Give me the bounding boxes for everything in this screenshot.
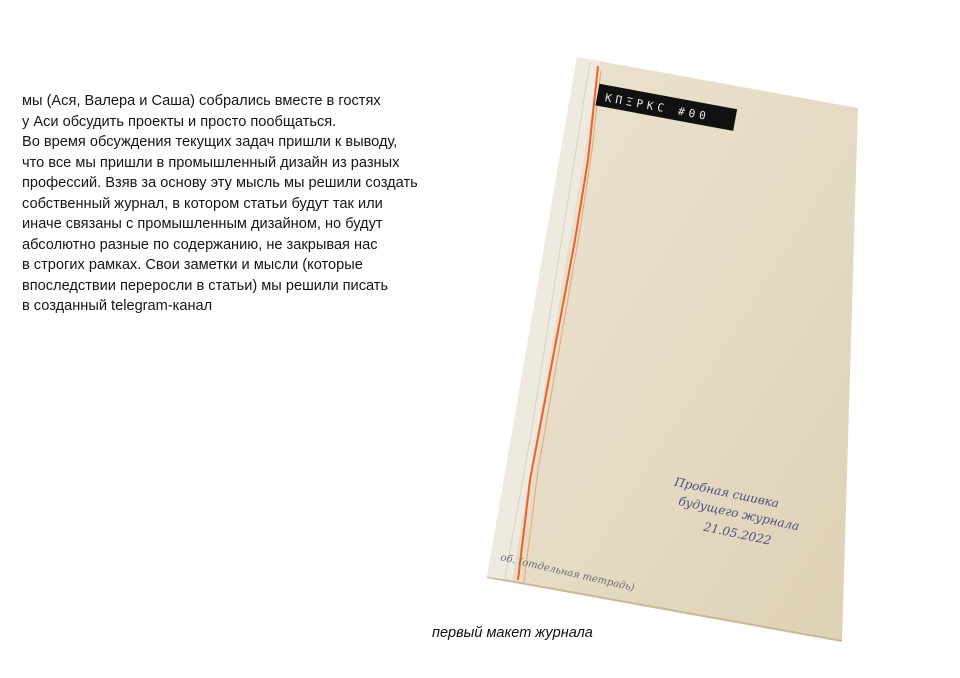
notebook-photo: ΚΠΞΡΚC #00 Пробная сшивка будущего журна… (0, 0, 960, 678)
photo-caption: первый макет журнала (432, 625, 593, 641)
